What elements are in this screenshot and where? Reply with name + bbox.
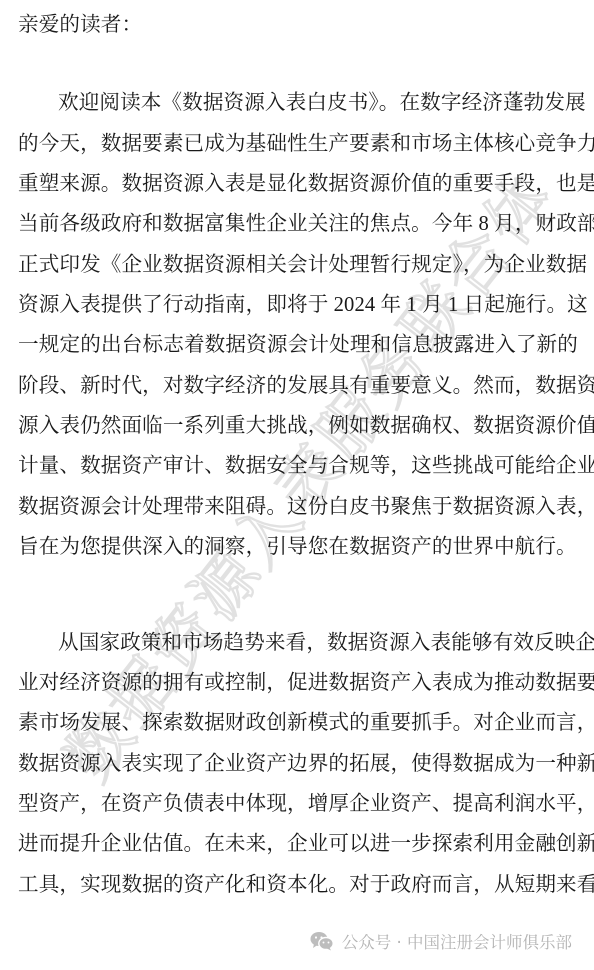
paragraph-1-line-10: 计量、数据资产审计、数据安全与合规等，这些挑战可能给企业 [18, 451, 578, 481]
paragraph-1-line-6: 资源入表提供了行动指南，即将于 2024 年 1 月 1 日起施行。这 [18, 290, 578, 320]
paragraph-1-line-8: 阶段、新时代，对数字经济的发展具有重要意义。然而，数据资 [18, 371, 578, 401]
paragraph-1-line-3: 重塑来源。数据资源入表是显化数据资源价值的重要手段，也是 [18, 169, 578, 199]
paragraph-1-line-4: 当前各级政府和数据富集性企业关注的焦点。今年 8 月，财政部 [18, 209, 578, 239]
paragraph-1-line-12: 旨在为您提供深入的洞察，引导您在数据资产的世界中航行。 [18, 532, 578, 562]
footer-attribution[interactable]: 公众号 · 中国注册会计师俱乐部 [310, 929, 572, 953]
document-page: 数据资源入表服务联合体 亲爱的读者： 欢迎阅读本《数据资源入表白皮书》。在数字经… [0, 0, 594, 970]
paragraph-1-line-9: 源入表仍然面临一系列重大挑战，例如数据确权、数据资源价值 [18, 411, 578, 441]
wechat-icon [310, 931, 334, 951]
paragraph-1-line-2: 的今天，数据要素已成为基础性生产要素和市场主体核心竞争力 [18, 129, 578, 159]
paragraph-2-line-4: 数据资源入表实现了企业资产边界的拓展，使得数据成为一种新 [18, 749, 578, 779]
paragraph-2-line-2: 业对经济资源的拥有或控制，促进数据资产入表成为推动数据要 [18, 668, 578, 698]
paragraph-1-line-7: 一规定的出台标志着数据资源会计处理和信息披露进入了新的 [18, 330, 578, 360]
paragraph-2-line-6: 进而提升企业估值。在未来，企业可以进一步探索利用金融创新 [18, 829, 578, 859]
paragraph-1-line-1: 欢迎阅读本《数据资源入表白皮书》。在数字经济蓬勃发展 [58, 88, 578, 118]
paragraph-2-line-5: 型资产，在资产负债表中体现，增厚企业资产、提高利润水平， [18, 789, 578, 819]
paragraph-1-line-5: 正式印发《企业数据资源相关会计处理暂行规定》，为企业数据 [18, 250, 578, 280]
paragraph-2-line-1: 从国家政策和市场趋势来看，数据资源入表能够有效反映企 [58, 628, 578, 658]
salutation: 亲爱的读者： [18, 10, 578, 40]
paragraph-1-line-11: 数据资源会计处理带来阻碍。这份白皮书聚焦于数据资源入表， [18, 492, 578, 522]
paragraph-2-line-3: 素市场发展、探索数据财政创新模式的重要抓手。对企业而言， [18, 708, 578, 738]
footer-text: 公众号 · 中国注册会计师俱乐部 [342, 929, 572, 953]
paragraph-2-line-7: 工具，实现数据的资产化和资本化。对于政府而言，从短期来看， [18, 870, 578, 900]
